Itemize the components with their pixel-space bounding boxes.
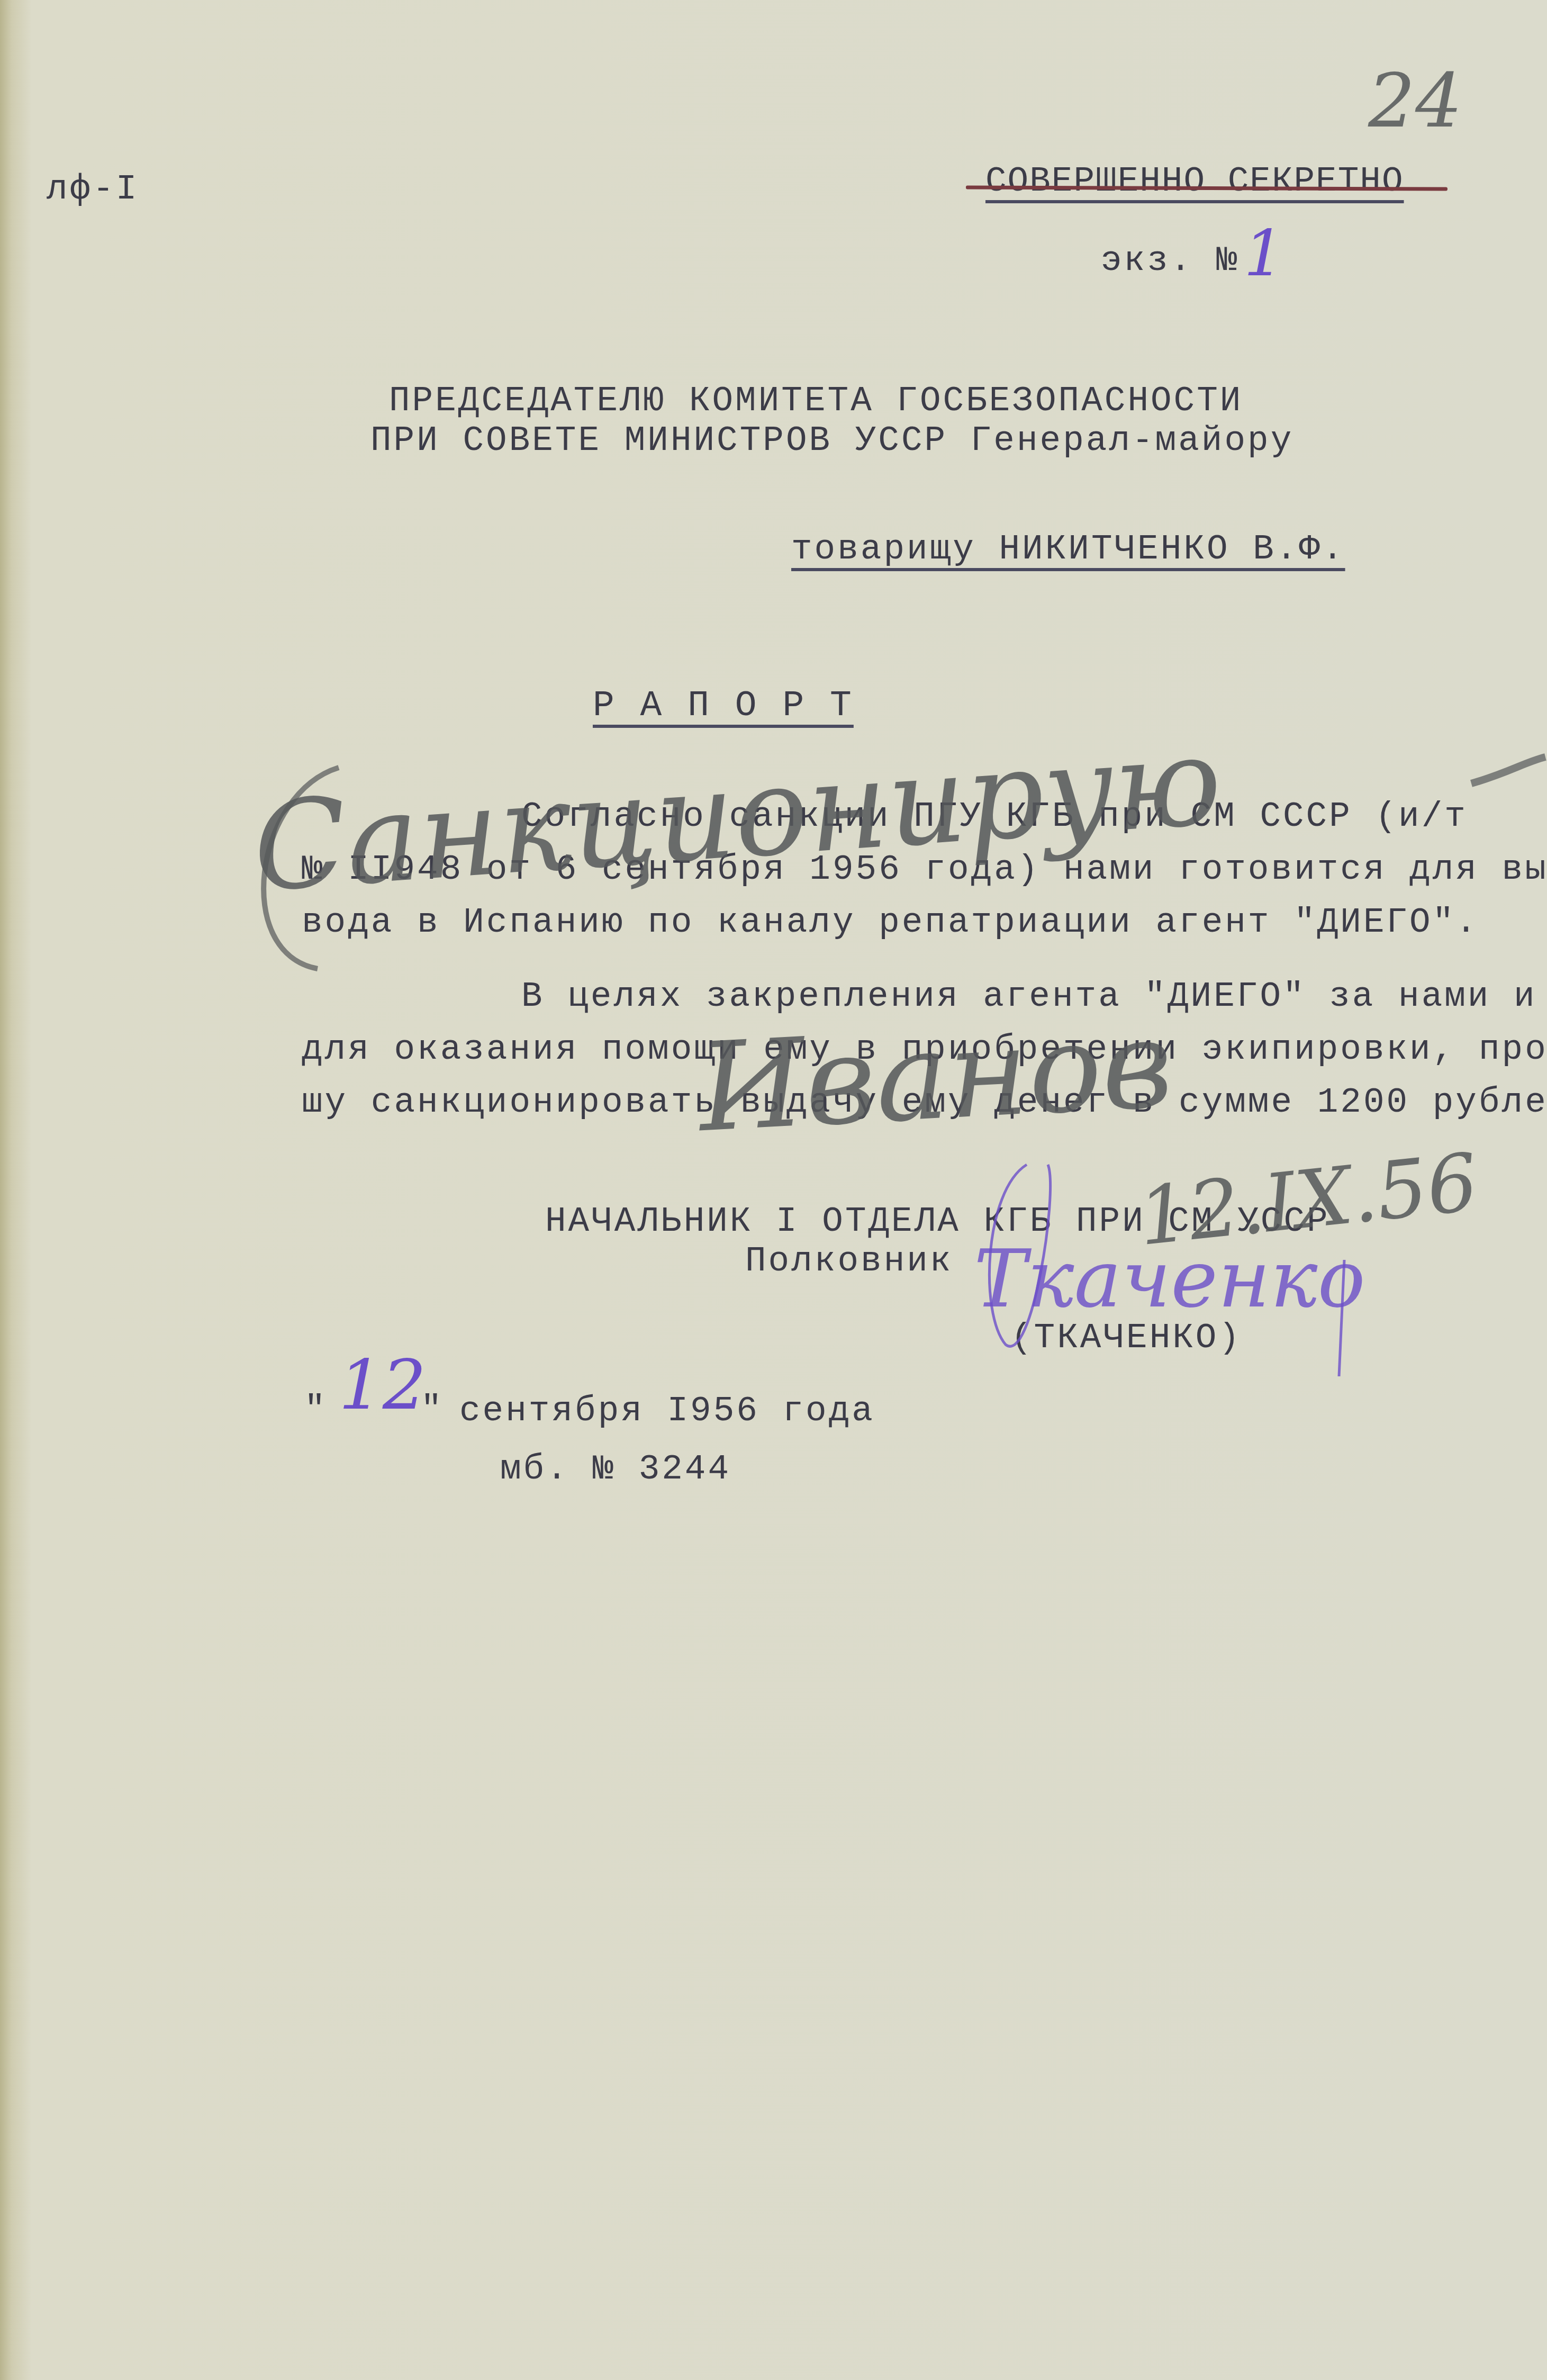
date-day-handwritten: 12 (339, 1345, 426, 1425)
date-open-quote: " (304, 1390, 328, 1429)
body-p1-line-3: вода в Испанию по каналу репатриации аге… (302, 903, 1479, 942)
handwritten-resolution-signature: Иванов (695, 994, 1176, 1159)
addressee-line-1: ПРЕДСЕДАТЕЛЮ КОМИТЕТА ГОСБЕЗОПАСНОСТИ (389, 381, 1243, 421)
date-close-quote: " (421, 1390, 444, 1429)
signature-rank: Полковник (745, 1241, 953, 1281)
copy-label: экз. № (1101, 241, 1240, 281)
addressee-line-2: ПРИ СОВЕТЕ МИНИСТРОВ УССР Генерал-майору (370, 421, 1293, 461)
archive-page-number: 24 (1368, 58, 1462, 145)
form-code: лф-I (47, 169, 139, 209)
document-page: 24 лф-I СОВЕРШЕННО СЕКРЕТНО экз. № 1 ПРЕ… (0, 0, 1547, 2380)
author-signature: Ткаченко (974, 1233, 1365, 1326)
document-title: Р А П О Р Т (593, 686, 854, 726)
copy-number-handwritten: 1 (1244, 217, 1284, 291)
date-text: сентября I956 года (459, 1391, 875, 1431)
classification-label: СОВЕРШЕННО СЕКРЕТНО (985, 161, 1404, 201)
addressee-line-3: товарищу НИКИТЧЕНКО В.Ф. (791, 529, 1345, 569)
registration-number: мб. № 3244 (500, 1449, 731, 1489)
